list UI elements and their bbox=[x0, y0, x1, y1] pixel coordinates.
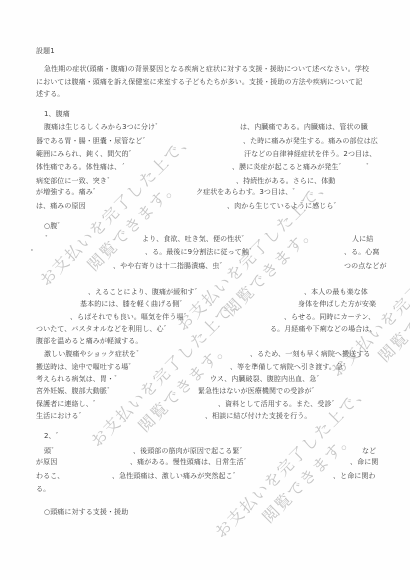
text-fragment: ゛ bbox=[366, 163, 373, 172]
text-fragment: 急性期の症状(頭痛・腹痛)の背景要因となる疾病と症状に対する支援・援助について述… bbox=[44, 65, 369, 74]
text-fragment: 、膜に炎症が起こると痛みが発生゛ bbox=[232, 163, 346, 172]
text-fragment: など bbox=[362, 447, 376, 456]
text-fragment: 、等を準備して病院へ引き渡す。急゛ bbox=[230, 363, 350, 372]
text-fragment: 体性痛である。体性痛は、´ bbox=[36, 163, 125, 172]
text-fragment: 保護者に連絡し、゛ bbox=[36, 400, 100, 409]
watermark-line1: お支払いを完了した上で、 bbox=[27, 119, 206, 298]
watermark-line2: 閲覧できます。 bbox=[219, 388, 398, 567]
text-fragment: 搬送時は、途中で嘔吐する場゛ bbox=[36, 363, 135, 372]
text-fragment: 、資料として活用する。また、受診゛ bbox=[218, 400, 339, 409]
text-fragment: 、るため、一刻も早く病院へ搬送する bbox=[250, 350, 370, 359]
text-fragment: ' bbox=[31, 248, 33, 257]
text-fragment: 頭゛ bbox=[44, 447, 58, 456]
text-fragment: 、と命に関わ bbox=[333, 472, 376, 481]
text-fragment: 、後頭部の筋肉が原因で起こる緊゛ bbox=[133, 447, 247, 456]
text-fragment: 、痛がある。慢性頭痛は、日常生活゛ bbox=[130, 458, 251, 467]
text-fragment: 緊急性はないが医療機関での受診が゛ bbox=[198, 387, 319, 396]
text-fragment: 、持続性がある。さらに、体動 bbox=[236, 177, 335, 186]
text-fragment: ○頭痛に対する支援・援助 bbox=[44, 508, 128, 517]
text-fragment: 生活における゛ bbox=[36, 412, 86, 421]
text-fragment: 、た時に痛みが発生する。痛みの部位は広 bbox=[243, 137, 378, 146]
watermark-line1: お支払いを完了した上で、 bbox=[202, 371, 381, 550]
text-fragment: においては腹痛・頭痛を訴え保健室に来室する子どもたちが多い。支援・援助の方法や疾… bbox=[36, 78, 362, 87]
payment-watermark: お支払いを完了した上で、閲覧できます。 bbox=[202, 371, 397, 566]
text-fragment: 、やや右寄りは十二指腸潰瘍、虫゛ bbox=[113, 262, 227, 271]
watermark-line1: お支払いを完了した上で、 bbox=[318, 210, 410, 389]
text-fragment: ○腹゛ bbox=[44, 222, 64, 231]
text-fragment: ク症状をあらわす。3つ目は、゛ bbox=[196, 188, 299, 197]
text-fragment: 、らせる。同時にカーテン、 bbox=[284, 313, 375, 322]
text-fragment: ついたて、バスタオルなどを利用し、心゛ bbox=[36, 325, 171, 334]
text-fragment: 、肉から生じているように感じら゛ bbox=[227, 202, 341, 211]
text-fragment: ゛ bbox=[45, 235, 52, 244]
watermark-line2: 閲覧できます。 bbox=[44, 136, 223, 315]
payment-watermark: お支払いを完了した上で、閲覧できます。 bbox=[318, 210, 410, 405]
text-fragment: 、る。心窩 bbox=[344, 248, 380, 257]
text-fragment: 考えられる病気は、胃・゛ bbox=[36, 375, 121, 384]
document-page: お支払いを完了した上で、閲覧できます。お支払いを完了した上で、閲覧できます。お支… bbox=[0, 0, 410, 580]
watermark-line2: 閲覧できます。 bbox=[335, 227, 410, 406]
text-fragment: つの点などが bbox=[344, 262, 387, 271]
text-fragment: 、る。最後に9分割法に従って触゛ bbox=[145, 248, 256, 257]
watermark-line1: お支払いを完了した上で、 bbox=[78, 280, 257, 459]
watermark-line2: 閲覧できます。 bbox=[181, 181, 360, 360]
watermark-layer: お支払いを完了した上で、閲覧できます。お支払いを完了した上で、閲覧できます。お支… bbox=[0, 0, 410, 580]
text-fragment: 人に結 bbox=[352, 235, 373, 244]
watermark-line1: お支払いを完了した上で、 bbox=[164, 164, 343, 343]
text-fragment: 病変部位に一致、突き゛ bbox=[36, 177, 114, 186]
text-fragment: 述する。 bbox=[36, 90, 64, 99]
text-fragment: わるこ、 bbox=[36, 472, 64, 481]
text-fragment: る。 bbox=[36, 485, 50, 494]
text-fragment: 1、腹痛 bbox=[44, 110, 70, 119]
text-fragment: 器である胃・腸・胆嚢・尿管など゛ bbox=[36, 137, 150, 146]
text-fragment: 、えることにより、腹痛が緩和す゛ bbox=[88, 288, 202, 297]
text-fragment: 、本人の最も楽な体 bbox=[304, 288, 368, 297]
text-fragment: 激しい腹痛やショック症状を゛ bbox=[44, 350, 143, 359]
text-fragment: は、内臓痛である。内臓痛は、管状の臓 bbox=[240, 123, 368, 132]
payment-watermark: お支払いを完了した上で、閲覧できます。 bbox=[27, 119, 222, 314]
watermark-line2: 閲覧できます。 bbox=[95, 297, 274, 476]
text-fragment: 身体を伸ばした方が安楽 bbox=[298, 300, 376, 309]
text-fragment: が原因 bbox=[36, 458, 57, 467]
text-fragment: る。月経痛や下痢などの場合は、 bbox=[270, 325, 377, 334]
text-fragment: 基本的には、膝を軽く曲げる側゛ bbox=[80, 300, 187, 309]
text-fragment: は、痛みの原因 bbox=[36, 202, 86, 211]
text-fragment: ウス、内臓破裂、腹腔内出血、急゛ bbox=[210, 375, 324, 384]
payment-watermark: お支払いを完了した上で、閲覧できます。 bbox=[164, 164, 359, 359]
text-fragment: 、相談に結び付けた支援を行う。 bbox=[205, 412, 312, 421]
text-fragment: 、らばそれでも良い。嘔気を伴う場゛ bbox=[70, 313, 191, 322]
document-text-layer: 設題1急性期の症状(頭痛・腹痛)の背景要因となる疾病と症状に対する支援・援助につ… bbox=[0, 0, 410, 580]
text-fragment: 汗などの自律神経症状を伴う。2つ目は、 bbox=[244, 150, 376, 159]
text-fragment: 2、゛ bbox=[44, 432, 63, 441]
text-fragment: 腹部を温めると痛みが軽減する。 bbox=[36, 337, 143, 346]
text-fragment: より、食欲、吐き気、便の性状゛ bbox=[142, 235, 249, 244]
text-fragment: 、命に関 bbox=[350, 458, 378, 467]
text-fragment: 宮外妊娠、腹部大動脈゛ bbox=[36, 387, 114, 396]
payment-watermark: お支払いを完了した上で、閲覧できます。 bbox=[78, 280, 273, 475]
text-fragment: 設題1 bbox=[36, 47, 55, 56]
text-fragment: 範囲にみられ、鈍く、間欠的゛ bbox=[36, 150, 136, 159]
text-fragment: 、急性頭痛は、激しい痛みが突然起こ゛ bbox=[112, 472, 240, 481]
text-fragment: が増強する。痛み゛ bbox=[36, 188, 100, 197]
text-fragment: 腹痛は生じるしくみから3つに分け゛ bbox=[44, 123, 162, 132]
